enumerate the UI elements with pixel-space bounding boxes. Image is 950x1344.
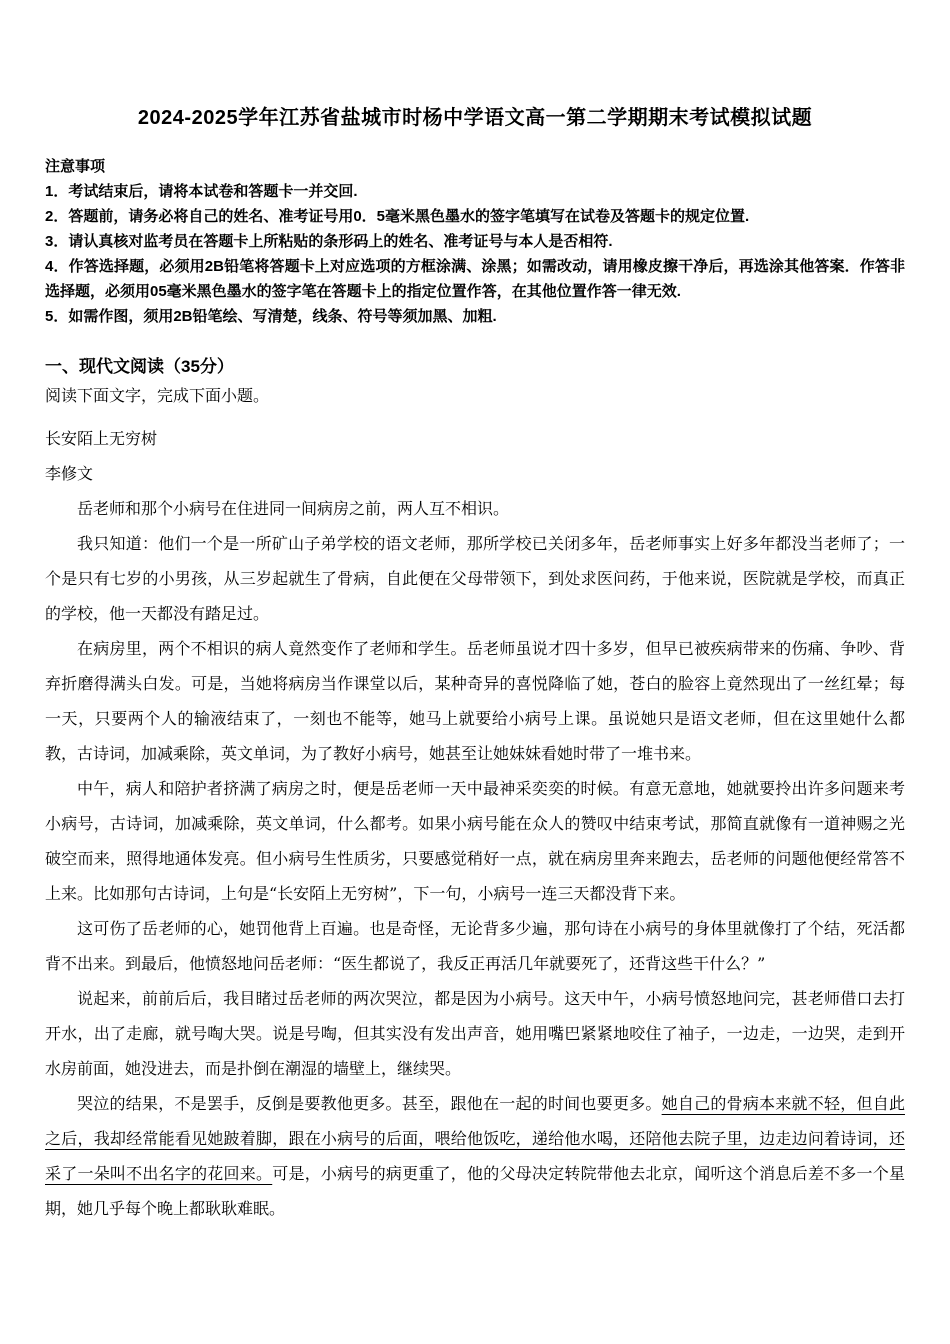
notice-section: 注意事项 1．考试结束后，请将本试卷和答题卡一并交回. 2．答题前，请务必将自己…	[45, 154, 905, 329]
article-paragraph-4: 中午，病人和陪护者挤满了病房之时，便是岳老师一天中最神采奕奕的时候。有意无意地，…	[45, 771, 905, 911]
article-paragraph-5: 这可伤了岳老师的心，她罚他背上百遍。也是奇怪，无论背多少遍，那句诗在小病号的身体…	[45, 911, 905, 981]
section-heading: 一、现代文阅读（35分）	[45, 355, 905, 379]
article-paragraph-3: 在病房里，两个不相识的病人竟然变作了老师和学生。岳老师虽说才四十多岁，但早已被疾…	[45, 631, 905, 771]
article-paragraph-7: 哭泣的结果，不是罢手，反倒是要教他更多。甚至，跟他在一起的时间也要更多。她自己的…	[45, 1086, 905, 1226]
notice-item-2: 2．答题前，请务必将自己的姓名、准考证号用0．5毫米黑色墨水的签字笔填写在试卷及…	[45, 204, 905, 229]
exam-document-page: 2024-2025学年江苏省盐城市时杨中学语文高一第二学期期末考试模拟试题 注意…	[0, 0, 950, 1344]
article-paragraph-6: 说起来，前前后后，我目睹过岳老师的两次哭泣，都是因为小病号。这天中午，小病号愤怒…	[45, 981, 905, 1086]
page-title: 2024-2025学年江苏省盐城市时杨中学语文高一第二学期期末考试模拟试题	[45, 104, 905, 132]
notice-item-1: 1．考试结束后，请将本试卷和答题卡一并交回.	[45, 179, 905, 204]
reading-passage: 长安陌上无穷树 李修文 岳老师和那个小病号在住进同一间病房之前，两人互不相识。 …	[45, 421, 905, 1226]
article-author: 李修文	[45, 456, 905, 491]
notice-item-3: 3．请认真核对监考员在答题卡上所粘贴的条形码上的姓名、准考证号与本人是否相符.	[45, 229, 905, 254]
article-paragraph-1: 岳老师和那个小病号在住进同一间病房之前，两人互不相识。	[45, 491, 905, 526]
notice-item-4: 4．作答选择题，必须用2B铅笔将答题卡上对应选项的方框涂满、涂黑；如需改动，请用…	[45, 254, 905, 304]
article-paragraph-2: 我只知道：他们一个是一所矿山子弟学校的语文老师，那所学校已关闭多年，岳老师事实上…	[45, 526, 905, 631]
notice-item-5: 5．如需作图，须用2B铅笔绘、写清楚，线条、符号等须加黑、加粗.	[45, 304, 905, 329]
article-title: 长安陌上无穷树	[45, 421, 905, 456]
reading-instruction: 阅读下面文字，完成下面小题。	[45, 385, 905, 409]
paragraph-7-lead: 哭泣的结果，不是罢手，反倒是要教他更多。甚至，跟他在一起的时间也要更多。	[77, 1094, 662, 1113]
notice-heading: 注意事项	[45, 154, 905, 179]
